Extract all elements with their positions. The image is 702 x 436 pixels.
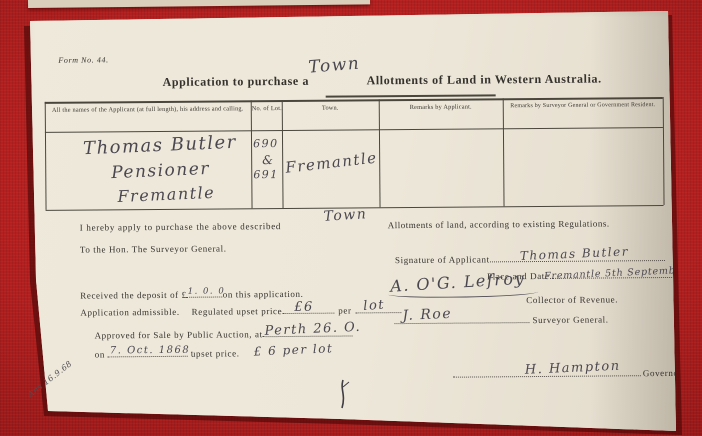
- place-date-dotted-line: Fremantle 5th September 1868: [552, 269, 702, 279]
- signature-dotted-line: Thomas Butler: [490, 252, 665, 262]
- auction-upset-label: upset price.: [191, 348, 240, 358]
- col-header-remarks-surveyor: Remarks by Surveyor General or Governmen…: [504, 102, 662, 109]
- signature-line: Signature of Applicant Thomas Butler: [395, 252, 665, 265]
- surveyor-dotted-line: J. Roe: [394, 314, 529, 324]
- deposit-amount: 1. 0. 0: [188, 286, 226, 296]
- applicant-calling: Pensioner: [111, 159, 210, 183]
- auction-place: Perth 26. O.: [264, 320, 361, 339]
- table-vline-left: [45, 102, 47, 210]
- town-entry: Fremantle: [284, 148, 378, 176]
- collector-label: Collector of Revenue.: [526, 294, 618, 305]
- per-unit-value: lot: [363, 298, 386, 314]
- applicant-name: Thomas Butler: [83, 132, 238, 160]
- deposit-line: Received the deposit of £ 1. 0. 0 on thi…: [80, 288, 303, 301]
- table-vline-2: [282, 100, 284, 208]
- auction-on-label: on: [95, 349, 105, 359]
- col-header-lot: No. of Lot.: [252, 105, 281, 112]
- lot-number-2: 691: [253, 168, 279, 181]
- deposit-text-after: on this application.: [223, 289, 304, 300]
- table-header-divider: [45, 127, 663, 133]
- lot-number-1: 690: [253, 137, 279, 150]
- table-vline-1: [251, 100, 253, 208]
- form-content: Form No. 44. Application to purchase a T…: [30, 7, 681, 428]
- form-number: Form No. 44.: [58, 55, 108, 64]
- place-date-value: Fremantle 5th September 1868: [544, 264, 702, 282]
- table-vline-4: [503, 98, 505, 206]
- signature-label: Signature of Applicant: [395, 254, 490, 265]
- upset-price-value: £6: [294, 300, 314, 315]
- upset-price-label: Regulated upset price: [192, 306, 283, 317]
- auction-label: Approved for Sale by Public Auction, at: [95, 329, 263, 340]
- title-prefix: Application to purchase a: [162, 74, 309, 90]
- apply-text-after: Allotments of land, according to existin…: [388, 218, 610, 230]
- auction-dotted-line: Perth 26. O.: [263, 327, 353, 337]
- apply-handwritten-town: Town: [323, 206, 368, 225]
- table-vline-3: [379, 99, 381, 207]
- surveyor-label: Surveyor General.: [532, 314, 608, 325]
- col-header-applicant: All the names of the Applicant (at full …: [47, 105, 249, 114]
- photograph-of-form: Form No. 44. Application to purchase a T…: [0, 0, 702, 436]
- surveyor-line: J. Roe Surveyor General.: [394, 313, 608, 326]
- addressee: To the Hon. The Surveyor General.: [80, 243, 227, 254]
- upset-price-dotted-line: £6: [282, 305, 334, 314]
- apply-text-before: I hereby apply to purchase the above des…: [80, 221, 281, 233]
- deposit-dotted-line: 1. 0. 0: [187, 288, 223, 297]
- collector-signature-flourish: [388, 288, 538, 298]
- admissible-line: Application admissible. Regulated upset …: [80, 304, 401, 318]
- per-dotted-line: lot: [355, 304, 401, 313]
- col-header-town: Town.: [283, 104, 378, 112]
- admissible-label: Application admissible.: [80, 307, 179, 318]
- title-suffix: Allotments of Land in Western Australia.: [366, 72, 601, 89]
- auction-date-dotted-line: 7. Oct. 1868.: [108, 348, 188, 358]
- form-paper: Form No. 44. Application to purchase a T…: [0, 0, 702, 436]
- governor-dotted-line: H. Hampton: [453, 367, 641, 377]
- governor-signature: H. Hampton: [525, 359, 621, 378]
- per-label: per: [338, 305, 351, 315]
- auction-price-value: £ 6 per lot: [253, 341, 333, 358]
- applicant-address: Fremantle: [117, 183, 215, 206]
- deposit-text-before: Received the deposit of £: [80, 290, 187, 301]
- auction-line: Approved for Sale by Public Auction, at …: [94, 327, 352, 340]
- surveyor-signature: J. Roe: [402, 306, 452, 324]
- governor-line: H. Hampton Governor.: [453, 367, 685, 380]
- applicant-signature: Thomas Butler: [519, 244, 629, 263]
- col-header-remarks-applicant: Remarks by Applicant.: [380, 103, 502, 111]
- table-vline-right: [663, 97, 665, 205]
- auction-date-line: on 7. Oct. 1868. upset price. £ 6 per lo…: [95, 345, 334, 361]
- auction-date-value: 7. Oct. 1868.: [110, 345, 195, 357]
- lot-ampersand: &: [262, 153, 274, 167]
- title-handwritten-town: Town: [308, 54, 361, 78]
- ink-mark: [334, 378, 352, 410]
- title-underline: [326, 94, 496, 97]
- adjacent-paper-edge: [28, 0, 370, 8]
